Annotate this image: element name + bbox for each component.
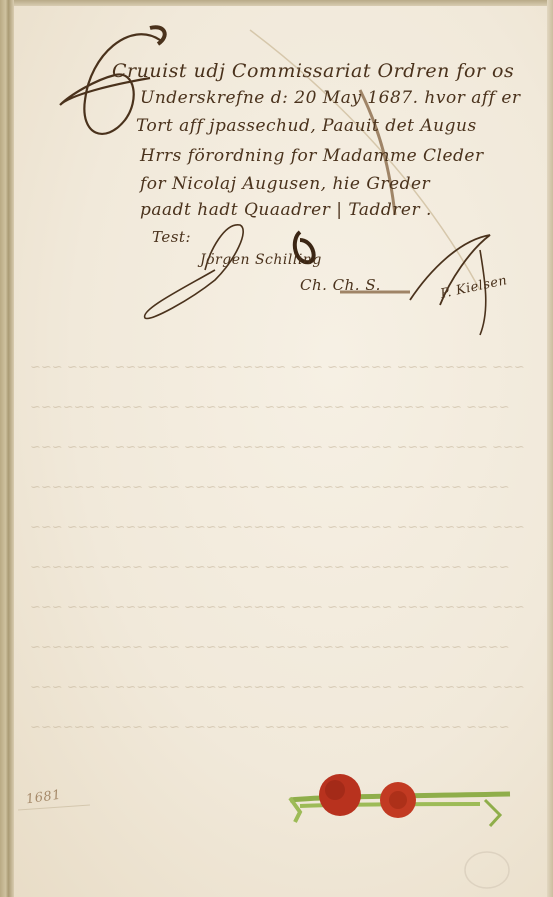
- text-line-3: Tort aff jpassechud, Paauit det Augus: [136, 116, 477, 136]
- text-line-4: Hrrs förordning for Madamme Cleder: [140, 146, 484, 166]
- signature-1: Jörgen Schilling: [200, 252, 322, 268]
- text-line-1: Cruuist udj Commissariat Ordren for os: [112, 60, 514, 82]
- manuscript-page: ~~~ ~~~~~ ~~~ ~~~~~~ ~~~ ~~~~~ ~~~~ ~~~~…: [0, 0, 553, 897]
- signature-2: Ch. Ch. S.: [300, 276, 381, 294]
- text-line-6: paadt hadt Quaadrer | Taddrer .: [140, 200, 432, 220]
- text-line-2: Underskrefne d: 20 May 1687. hvor aff er: [140, 88, 521, 108]
- witness-label: Test:: [152, 228, 191, 246]
- text-line-5: for Nicolaj Augusen, hie Greder: [140, 174, 430, 194]
